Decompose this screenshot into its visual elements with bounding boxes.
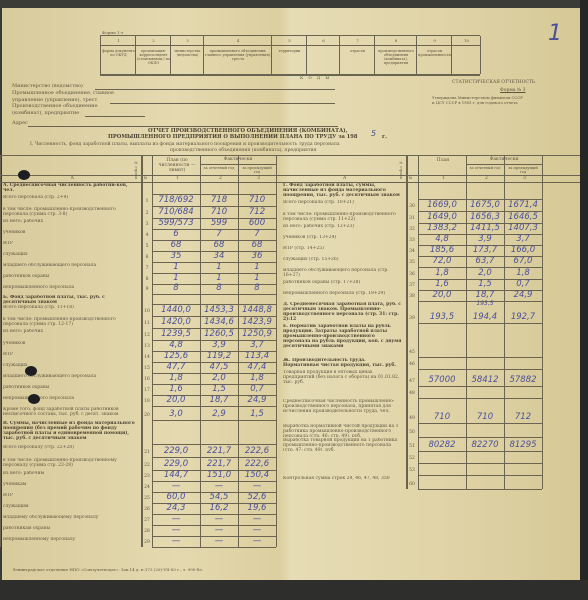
prev-year-value[interactable]: 1,5 bbox=[238, 410, 276, 419]
prev-year-value[interactable]: 3,7 bbox=[238, 341, 276, 350]
section-1-subtitle: производственного объединения (комбината… bbox=[170, 148, 316, 154]
prev-year-value[interactable]: 7 bbox=[238, 230, 276, 239]
prev-year-value[interactable]: 36 bbox=[238, 252, 276, 261]
prev-year-value[interactable]: 47,4 bbox=[238, 363, 276, 372]
row-label: непромышленного персонала (стр. 18+29) bbox=[283, 291, 403, 301]
row-label: в том числе: промышленно-производственно… bbox=[3, 317, 138, 328]
row-label: ИТР (стр. 14+25) bbox=[283, 246, 403, 256]
plan-value[interactable]: 144,7 bbox=[152, 471, 200, 480]
row-number: 51 bbox=[407, 444, 417, 449]
enterprise-field[interactable] bbox=[85, 116, 145, 117]
row-number: 39 bbox=[407, 316, 417, 321]
ministry-label: Министерство (ведомство) bbox=[12, 83, 83, 89]
row-number: 38 bbox=[407, 294, 417, 299]
row-label: учеников (стр. 13+24) bbox=[283, 235, 403, 245]
actual-value[interactable]: 34 bbox=[200, 252, 238, 261]
code-column-label: отрасли промышленности bbox=[417, 49, 452, 57]
actual-value[interactable]: 599 bbox=[200, 219, 238, 228]
row-number: 52 bbox=[407, 456, 417, 461]
code-column-number: 3 bbox=[171, 38, 204, 43]
actual-value[interactable]: 47,5 bbox=[200, 363, 238, 372]
actual-value[interactable]: 1411,5 bbox=[466, 224, 504, 233]
plan-value[interactable]: 599/573 bbox=[152, 219, 200, 228]
plan-value[interactable]: 193,5 bbox=[418, 313, 466, 322]
row-rule bbox=[418, 323, 542, 324]
actual-value[interactable]: 221,7 bbox=[200, 447, 238, 456]
row-number: 30 bbox=[407, 204, 417, 209]
row-number: 13 bbox=[142, 344, 152, 349]
code-column-10: 10 bbox=[451, 36, 481, 74]
actual-value[interactable]: 710 bbox=[200, 208, 238, 217]
row-label: из него: рабочих (стр. 12+23) bbox=[283, 224, 403, 234]
plan-value[interactable]: 24,3 bbox=[152, 504, 200, 513]
row-label: ИТР bbox=[3, 241, 138, 251]
row-label: из него: рабочим bbox=[3, 471, 138, 481]
column-rule bbox=[418, 155, 419, 489]
plan-value[interactable]: 1669,0 bbox=[418, 201, 466, 210]
row-label: Товарная продукция в оптовых ценах предп… bbox=[283, 370, 403, 386]
row-label: Всего персонала (стр. 2+9) bbox=[3, 195, 138, 206]
actual-value[interactable]: 7 bbox=[200, 230, 238, 239]
row-label: из него: рабочих bbox=[3, 219, 138, 229]
column-rule bbox=[466, 155, 467, 489]
enterprise-label: (комбинат), предприятие bbox=[12, 110, 79, 116]
plan-value[interactable]: — bbox=[152, 515, 200, 524]
approval-note-2: и ЦСУ СССР в 1983 г. для годового отчета bbox=[432, 101, 518, 105]
row-rule bbox=[152, 420, 276, 421]
col-2-number: 2 bbox=[485, 176, 488, 181]
row-label: Д. Среднемесячная заработная плата, руб.… bbox=[283, 302, 403, 323]
prev-year-value[interactable]: 166,0 bbox=[504, 246, 542, 255]
prev-year-value[interactable]: — bbox=[238, 537, 276, 546]
prev-year-value[interactable]: 1423,9 bbox=[238, 318, 276, 327]
prev-year-value[interactable]: 192,7 bbox=[504, 313, 542, 322]
plan-value[interactable]: 1440,0 bbox=[152, 306, 200, 315]
plan-value[interactable]: 8 bbox=[152, 284, 200, 293]
plan-value[interactable]: 20,0 bbox=[152, 396, 200, 405]
row-label: служащих bbox=[3, 363, 138, 373]
actual-value[interactable]: 718 bbox=[200, 196, 238, 205]
row-number: 15 bbox=[142, 366, 152, 371]
code-column-label: производственного объединения (комбината… bbox=[375, 49, 417, 65]
row-number: 26 bbox=[142, 507, 152, 512]
prev-year-value[interactable]: 67,0 bbox=[504, 257, 542, 266]
row-label: служащих bbox=[3, 252, 138, 262]
address-label: Адрес bbox=[12, 120, 28, 126]
plan-value[interactable]: 4,8 bbox=[152, 341, 200, 350]
plan-value[interactable]: 6 bbox=[152, 230, 200, 239]
plan-value[interactable]: 1,6 bbox=[152, 385, 200, 394]
row-number: 24 bbox=[142, 485, 152, 490]
actual-report-year-header: за отчетный год bbox=[468, 166, 502, 170]
row-label: Всего персоналу (стр. 22+28) bbox=[3, 445, 138, 457]
plan-value[interactable]: — bbox=[152, 526, 200, 535]
prev-year-value[interactable]: — bbox=[238, 526, 276, 535]
row-label: непромышленного персонала bbox=[3, 396, 138, 406]
prev-year-value[interactable]: — bbox=[238, 515, 276, 524]
prev-year-value[interactable]: 3,7 bbox=[504, 235, 542, 244]
prev-year-value[interactable]: 24,9 bbox=[504, 291, 542, 300]
plan-value[interactable]: 68 bbox=[152, 241, 200, 250]
plan-value[interactable]: 229,0 bbox=[152, 460, 200, 469]
form-number: Форма № 3 bbox=[500, 88, 526, 94]
prev-year-value[interactable]: 0,7 bbox=[238, 385, 276, 394]
row-rule bbox=[418, 369, 542, 370]
col-3-number: 3 bbox=[523, 176, 526, 181]
plan-value[interactable]: 710 bbox=[418, 413, 466, 422]
actual-value[interactable]: 151,0 bbox=[200, 471, 238, 480]
row-rule bbox=[418, 451, 542, 452]
col-1-number: 1 bbox=[442, 176, 445, 181]
row-number: 50 bbox=[407, 430, 417, 435]
row-rule bbox=[418, 475, 542, 476]
codes-label: К О Д Ы bbox=[300, 75, 331, 81]
plan-value[interactable]: 1383,2 bbox=[418, 224, 466, 233]
row-label: Всего персонала (стр. 11+18) bbox=[3, 305, 138, 316]
plan-value[interactable]: 80282 bbox=[418, 441, 466, 450]
col-2-number: 2 bbox=[219, 176, 222, 181]
row-number: 47 bbox=[407, 379, 417, 384]
code-column-7: 7отрасли bbox=[339, 36, 375, 74]
plan-value[interactable]: 1649,0 bbox=[418, 213, 466, 222]
production-assoc-label: Производственное объединение bbox=[12, 103, 98, 109]
column-rule bbox=[276, 155, 277, 547]
prev-year-value[interactable]: 19,6 bbox=[238, 504, 276, 513]
row-label: Ж. Производительность труда. Нормативная… bbox=[283, 358, 403, 369]
plan-value[interactable]: 229,0 bbox=[152, 447, 200, 456]
code-column-9: 9отрасли промышленности bbox=[416, 36, 452, 74]
scan-border-top bbox=[0, 0, 588, 8]
row-number: 4 bbox=[142, 233, 152, 238]
actual-value[interactable]: 2,0 bbox=[200, 374, 238, 383]
actual-value[interactable]: 3,9 bbox=[200, 341, 238, 350]
stat-reporting-title: СТАТИСТИЧЕСКАЯ ОТЧЕТНОСТЬ bbox=[452, 80, 535, 86]
column-rule bbox=[504, 155, 505, 489]
code-column-number: 1 bbox=[101, 38, 136, 43]
row-number: 25 bbox=[142, 496, 152, 501]
column-rule bbox=[406, 155, 408, 489]
row-label: в том числе: промышленно-производственно… bbox=[3, 207, 138, 218]
scan-border-right bbox=[580, 0, 588, 600]
row-number: 29 bbox=[142, 540, 152, 545]
management-field[interactable] bbox=[110, 103, 335, 104]
actual-value[interactable]: 63,7 bbox=[466, 257, 504, 266]
code-column-5: 5территории bbox=[271, 36, 307, 74]
row-label: младшего обслуживающего персонала (стр. … bbox=[283, 268, 403, 279]
prev-year-value[interactable]: 150,4 bbox=[238, 471, 276, 480]
row-number: 45 bbox=[407, 350, 417, 355]
actual-value[interactable]: 710 bbox=[466, 413, 504, 422]
plan-value[interactable]: 1,6 bbox=[418, 280, 466, 289]
plan-value[interactable]: — bbox=[152, 537, 200, 546]
row-number: 10 bbox=[142, 309, 152, 314]
page-number-handwritten: 1 bbox=[548, 22, 562, 46]
row-number: 28 bbox=[142, 529, 152, 534]
row-number: 36 bbox=[407, 272, 417, 277]
code-column-label: организация-корреспондент (отчитывающ.) … bbox=[136, 49, 171, 65]
code-column-6: 6 bbox=[306, 36, 340, 74]
row-rule bbox=[418, 463, 542, 464]
prev-year-value[interactable]: 1646,5 bbox=[504, 213, 542, 222]
row-label: в том числе: промышленно-производственно… bbox=[283, 212, 403, 223]
actual-value[interactable]: 1434,6 bbox=[200, 318, 238, 327]
actual-prev-year-header: за предыдущий год bbox=[506, 166, 540, 174]
header-bottom-rule bbox=[280, 175, 580, 176]
actual-report-year-header: за отчетный год bbox=[202, 166, 236, 170]
actual-value[interactable]: 1260,5 bbox=[200, 330, 238, 339]
actual-value[interactable]: 119,2 bbox=[200, 352, 238, 361]
header-top-rule bbox=[280, 155, 580, 156]
prev-year-value[interactable]: 68 bbox=[238, 241, 276, 250]
prev-year-value[interactable]: 1671,4 bbox=[504, 201, 542, 210]
actual-value[interactable]: 1 bbox=[200, 274, 238, 283]
ink-blot bbox=[25, 366, 37, 376]
row-rule bbox=[152, 444, 276, 445]
plan-value[interactable]: 35 bbox=[152, 252, 200, 261]
row-number: 18 bbox=[142, 399, 152, 404]
actual-value[interactable]: 1656,3 bbox=[466, 213, 504, 222]
plan-header: План (по численности — лимит) bbox=[155, 158, 199, 173]
row-label: служащих (стр. 15+26) bbox=[283, 257, 403, 267]
address-field[interactable] bbox=[28, 126, 338, 127]
actual-value[interactable]: 58412 bbox=[466, 376, 504, 385]
actual-value[interactable]: 8 bbox=[200, 284, 238, 293]
row-label: учеников bbox=[3, 341, 138, 351]
plan-value[interactable]: 4,8 bbox=[418, 235, 466, 244]
prev-year-value[interactable]: 24,9 bbox=[238, 396, 276, 405]
row-number: 9 bbox=[142, 287, 152, 292]
line-number-header: № строки bbox=[398, 161, 403, 179]
row-label: младшему обслуживающему персоналу bbox=[3, 515, 138, 525]
row-number: 20 bbox=[142, 413, 152, 418]
actual-value[interactable]: 194,4 bbox=[466, 313, 504, 322]
actual-value[interactable]: 2,9 bbox=[200, 410, 238, 419]
row-number: 12 bbox=[142, 333, 152, 338]
prev-year-value[interactable]: 1250,9 bbox=[238, 330, 276, 339]
code-column-label: территории bbox=[272, 49, 307, 53]
row-number: 31 bbox=[407, 216, 417, 221]
row-rule bbox=[418, 398, 542, 399]
code-column-2: 2организация-корреспондент (отчитывающ.)… bbox=[135, 36, 171, 74]
row-number: 5 bbox=[142, 244, 152, 249]
row-label: ИТР bbox=[3, 352, 138, 362]
prev-year-value[interactable]: 8 bbox=[238, 284, 276, 293]
code-column-label: форма документа по ОКУД bbox=[101, 49, 136, 57]
column-rule bbox=[0, 155, 1, 547]
row-label: младшего обслуживающего персонала bbox=[3, 374, 138, 384]
row-label: Всего персонала (стр. 10+21) bbox=[283, 200, 403, 211]
prev-year-value[interactable]: 1 bbox=[238, 263, 276, 272]
row-label: Контрольная сумма строк 29, 46, 47, 48, … bbox=[283, 476, 403, 489]
plan-value[interactable]: 20,0 bbox=[418, 291, 466, 300]
plan-value[interactable]: 125,6 bbox=[152, 352, 200, 361]
prev-year-value[interactable]: 600 bbox=[238, 219, 276, 228]
prev-year-value[interactable]: — bbox=[238, 482, 276, 491]
col-1-number: 1 bbox=[176, 176, 179, 181]
actual-value[interactable]: — bbox=[200, 537, 238, 546]
code-table-header: Форма 1-т bbox=[102, 30, 123, 36]
prev-year-value[interactable]: 57882 bbox=[504, 376, 542, 385]
actual-value[interactable]: 1 bbox=[200, 263, 238, 272]
col-a-letter: А bbox=[343, 176, 346, 181]
row-number: 3 bbox=[142, 222, 152, 227]
code-column-8: 8производственного объединения (комбинат… bbox=[374, 36, 417, 74]
prev-year-value[interactable]: 1448,8 bbox=[238, 306, 276, 315]
row-label: непромышленного персонала bbox=[3, 285, 138, 294]
prev-year-value[interactable]: 712 bbox=[504, 413, 542, 422]
code-column-label: министерства (ведомства) bbox=[171, 49, 204, 57]
col-b-letter: Б bbox=[144, 176, 147, 181]
row-rule bbox=[152, 406, 276, 407]
prev-year-value[interactable]: 52,6 bbox=[238, 493, 276, 502]
row-number: 1 bbox=[142, 199, 152, 204]
row-number: 8 bbox=[142, 277, 152, 282]
plan-header: План bbox=[421, 158, 465, 163]
report-year-suffix: г. bbox=[382, 134, 387, 140]
actual-value[interactable]: 2,0 bbox=[466, 269, 504, 278]
col-b-letter: Б bbox=[409, 176, 412, 181]
prev-year-value[interactable]: 222,6 bbox=[238, 447, 276, 456]
code-column-number: 10 bbox=[452, 38, 481, 43]
plan-value[interactable]: 72,0 bbox=[418, 257, 466, 266]
actual-value-correction: 193,5 bbox=[466, 299, 504, 308]
plan-value[interactable]: 1420,0 bbox=[152, 318, 200, 327]
column-rule bbox=[238, 155, 239, 547]
row-label bbox=[283, 464, 403, 475]
row-rule bbox=[418, 357, 542, 358]
code-column-number: 9 bbox=[417, 38, 452, 43]
row-rule bbox=[418, 423, 542, 424]
code-column-number: 2 bbox=[136, 38, 171, 43]
row-rule bbox=[152, 547, 276, 548]
row-number: 7 bbox=[142, 266, 152, 271]
plan-value[interactable]: 1 bbox=[152, 274, 200, 283]
plan-value[interactable]: 718/692 bbox=[152, 196, 200, 205]
actual-value[interactable]: — bbox=[200, 515, 238, 524]
row-number: 48 bbox=[407, 391, 417, 396]
code-column-label: отрасли bbox=[340, 49, 375, 53]
actual-value[interactable]: 1675,0 bbox=[466, 201, 504, 210]
row-label: Выработка нормативной чистой продукции н… bbox=[283, 424, 403, 437]
ministry-field[interactable] bbox=[95, 89, 335, 90]
prev-year-value[interactable]: 710 bbox=[238, 196, 276, 205]
code-column-number: 7 bbox=[340, 38, 375, 43]
ink-blot bbox=[28, 394, 40, 404]
prev-year-value[interactable]: 1,8 bbox=[238, 374, 276, 383]
plan-value[interactable]: 710/684 bbox=[152, 208, 200, 217]
column-rule bbox=[200, 155, 201, 547]
row-label: работников охраны bbox=[3, 274, 138, 284]
actual-value[interactable]: — bbox=[200, 482, 238, 491]
row-label: из него: рабочих bbox=[3, 329, 138, 340]
plan-value[interactable]: 1 bbox=[152, 263, 200, 272]
actual-value[interactable]: 221,7 bbox=[200, 460, 238, 469]
row-label: А. Среднесписочная численность работни-к… bbox=[3, 183, 138, 194]
prev-year-value[interactable]: 1,8 bbox=[504, 269, 542, 278]
plan-value[interactable]: — bbox=[152, 482, 200, 491]
row-label: В. Суммы, начисленные из фонда материаль… bbox=[3, 421, 138, 444]
row-number: 27 bbox=[142, 518, 152, 523]
row-number: 11 bbox=[142, 321, 152, 326]
plan-value[interactable]: 185,6 bbox=[418, 246, 466, 255]
row-label: работников охраны (стр. 17+28) bbox=[283, 280, 403, 290]
actual-value[interactable]: 18,7 bbox=[200, 396, 238, 405]
row-label: ученикам bbox=[3, 482, 138, 492]
actual-value[interactable]: 82270 bbox=[466, 441, 504, 450]
actual-value[interactable]: 1,5 bbox=[200, 385, 238, 394]
row-number: 46 bbox=[407, 362, 417, 367]
report-title-line2: ПРОМЫШЛЕННОГО ПРЕДПРИЯТИЯ О ВЫПОЛНЕНИИ П… bbox=[108, 134, 358, 140]
row-number: 53 bbox=[407, 468, 417, 473]
code-column-1: 1форма документа по ОКУД bbox=[100, 36, 136, 74]
prev-year-value[interactable]: 222,6 bbox=[238, 460, 276, 469]
code-column-4: 4промышленного объединения, главного упр… bbox=[203, 36, 272, 74]
plan-value[interactable]: 3,0 bbox=[152, 410, 200, 419]
plan-value[interactable]: 60,0 bbox=[152, 493, 200, 502]
row-number: 32 bbox=[407, 227, 417, 232]
column-rule bbox=[141, 155, 143, 547]
row-rule bbox=[152, 294, 276, 295]
plan-value[interactable]: 47,7 bbox=[152, 363, 200, 372]
actual-value[interactable]: 1453,3 bbox=[200, 306, 238, 315]
actual-value[interactable]: — bbox=[200, 526, 238, 535]
row-rule bbox=[418, 489, 542, 490]
row-number: 23 bbox=[142, 474, 152, 479]
actual-value[interactable]: 16,2 bbox=[200, 504, 238, 513]
code-table: 1форма документа по ОКУД2организация-кор… bbox=[100, 35, 480, 76]
actual-value[interactable]: 173,7 bbox=[466, 246, 504, 255]
prev-year-value[interactable]: 1407,3 bbox=[504, 224, 542, 233]
line-number-header: № строки bbox=[133, 161, 138, 179]
prev-year-value[interactable]: 113,4 bbox=[238, 352, 276, 361]
industrial-assoc-label: Промышленное объединение, главное bbox=[12, 90, 114, 96]
row-label: в том числе: промышленно-производственно… bbox=[3, 458, 138, 470]
row-number: 35 bbox=[407, 260, 417, 265]
plan-value[interactable]: 57000 bbox=[418, 376, 466, 385]
column-rule bbox=[542, 155, 543, 489]
actual-value[interactable]: 68 bbox=[200, 241, 238, 250]
plan-value[interactable]: 1239,5 bbox=[152, 330, 200, 339]
plan-value[interactable]: 1,8 bbox=[418, 269, 466, 278]
footer-print-note: Ленинградское отделение НПО «Союзучетизд… bbox=[12, 567, 203, 573]
prev-year-value[interactable]: 81295 bbox=[504, 441, 542, 450]
code-column-number: 5 bbox=[272, 38, 307, 43]
actual-value[interactable]: 54,5 bbox=[200, 493, 238, 502]
row-label: непромышленному персоналу bbox=[3, 537, 138, 547]
row-rule bbox=[152, 457, 276, 458]
row-label: ИТР bbox=[3, 493, 138, 503]
actual-value[interactable]: 3,9 bbox=[466, 235, 504, 244]
code-column-number: 4 bbox=[204, 38, 272, 43]
row-label bbox=[283, 387, 403, 398]
scan-border-bottom bbox=[0, 580, 588, 600]
row-number: 33 bbox=[407, 238, 417, 243]
report-year-handwritten: 5 bbox=[371, 129, 376, 139]
prev-year-value[interactable]: 1 bbox=[238, 274, 276, 283]
prev-year-value[interactable]: 712 bbox=[238, 208, 276, 217]
prev-year-value[interactable]: 0,7 bbox=[504, 280, 542, 289]
column-rule bbox=[152, 155, 153, 547]
row-rule bbox=[418, 386, 542, 387]
row-number: 16 bbox=[142, 377, 152, 382]
row-number: 21 bbox=[142, 450, 152, 455]
row-number: 60 bbox=[407, 482, 417, 487]
row-number: 2 bbox=[142, 211, 152, 216]
col-a-letter: А bbox=[71, 176, 74, 181]
plan-value[interactable]: 1,8 bbox=[152, 374, 200, 383]
code-column-number: 6 bbox=[307, 38, 340, 43]
actual-value[interactable]: 1,5 bbox=[466, 280, 504, 289]
